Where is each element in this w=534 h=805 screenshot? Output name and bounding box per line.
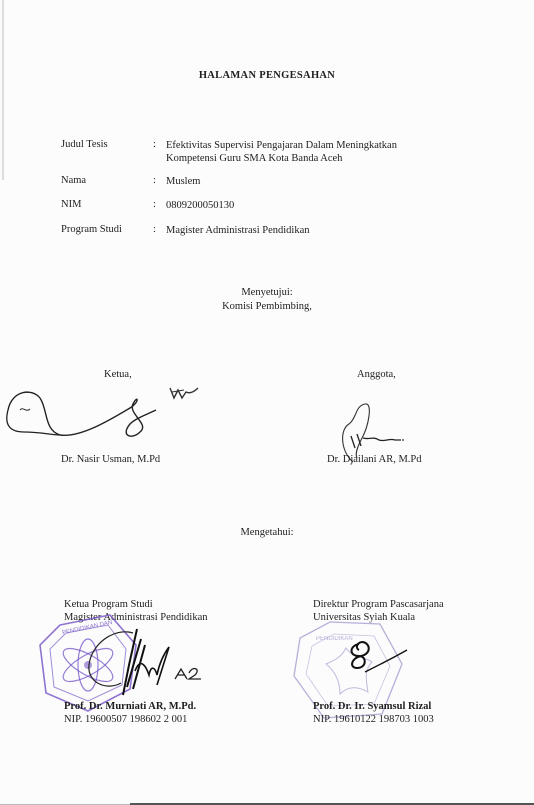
- approval-line2: Komisi Pembimbing,: [0, 301, 534, 312]
- left-official-nip: NIP. 19600507 198602 2 001: [64, 714, 187, 725]
- signature-chair: [0, 380, 240, 460]
- field-label: Judul Tesis: [61, 139, 151, 150]
- acknowledged-heading: Mengetahui:: [0, 527, 534, 538]
- left-official-title1: Ketua Program Studi: [64, 599, 153, 610]
- right-official-name: Prof. Dr. Ir. Syamsul Rizal: [313, 701, 431, 712]
- right-official-nip: NIP. 19610122 198703 1003: [313, 714, 434, 725]
- signature-right-official: [345, 638, 415, 678]
- field-value-line: Kompetensi Guru SMA Kota Banda Aceh: [166, 153, 342, 164]
- field-value: Muslem: [166, 175, 466, 188]
- signature-left-official: [85, 625, 215, 705]
- field-label: Program Studi: [61, 224, 151, 235]
- field-value: Magister Administrasi Pendidikan: [166, 224, 466, 237]
- scan-edge: [2, 0, 4, 180]
- field-value: 0809200050130: [166, 199, 466, 212]
- right-official-title1: Direktur Program Pascasarjana: [313, 599, 444, 610]
- field-label: NIM: [61, 199, 151, 210]
- approval-line1: Menyetujui:: [0, 287, 534, 298]
- member-role: Anggota,: [357, 369, 396, 380]
- left-official-name: Prof. Dr. Murniati AR, M.Pd.: [64, 701, 196, 712]
- page-title: HALAMAN PENGESAHAN: [0, 70, 534, 81]
- field-label: Nama: [61, 175, 151, 186]
- member-name: Dr. Djailani AR, M.Pd: [327, 454, 422, 465]
- chair-role: Ketua,: [104, 369, 132, 380]
- field-value-line: Efektivitas Supervisi Pengajaran Dalam M…: [166, 140, 397, 151]
- signature-member: [335, 400, 445, 460]
- chair-name: Dr. Nasir Usman, M.Pd: [61, 454, 160, 465]
